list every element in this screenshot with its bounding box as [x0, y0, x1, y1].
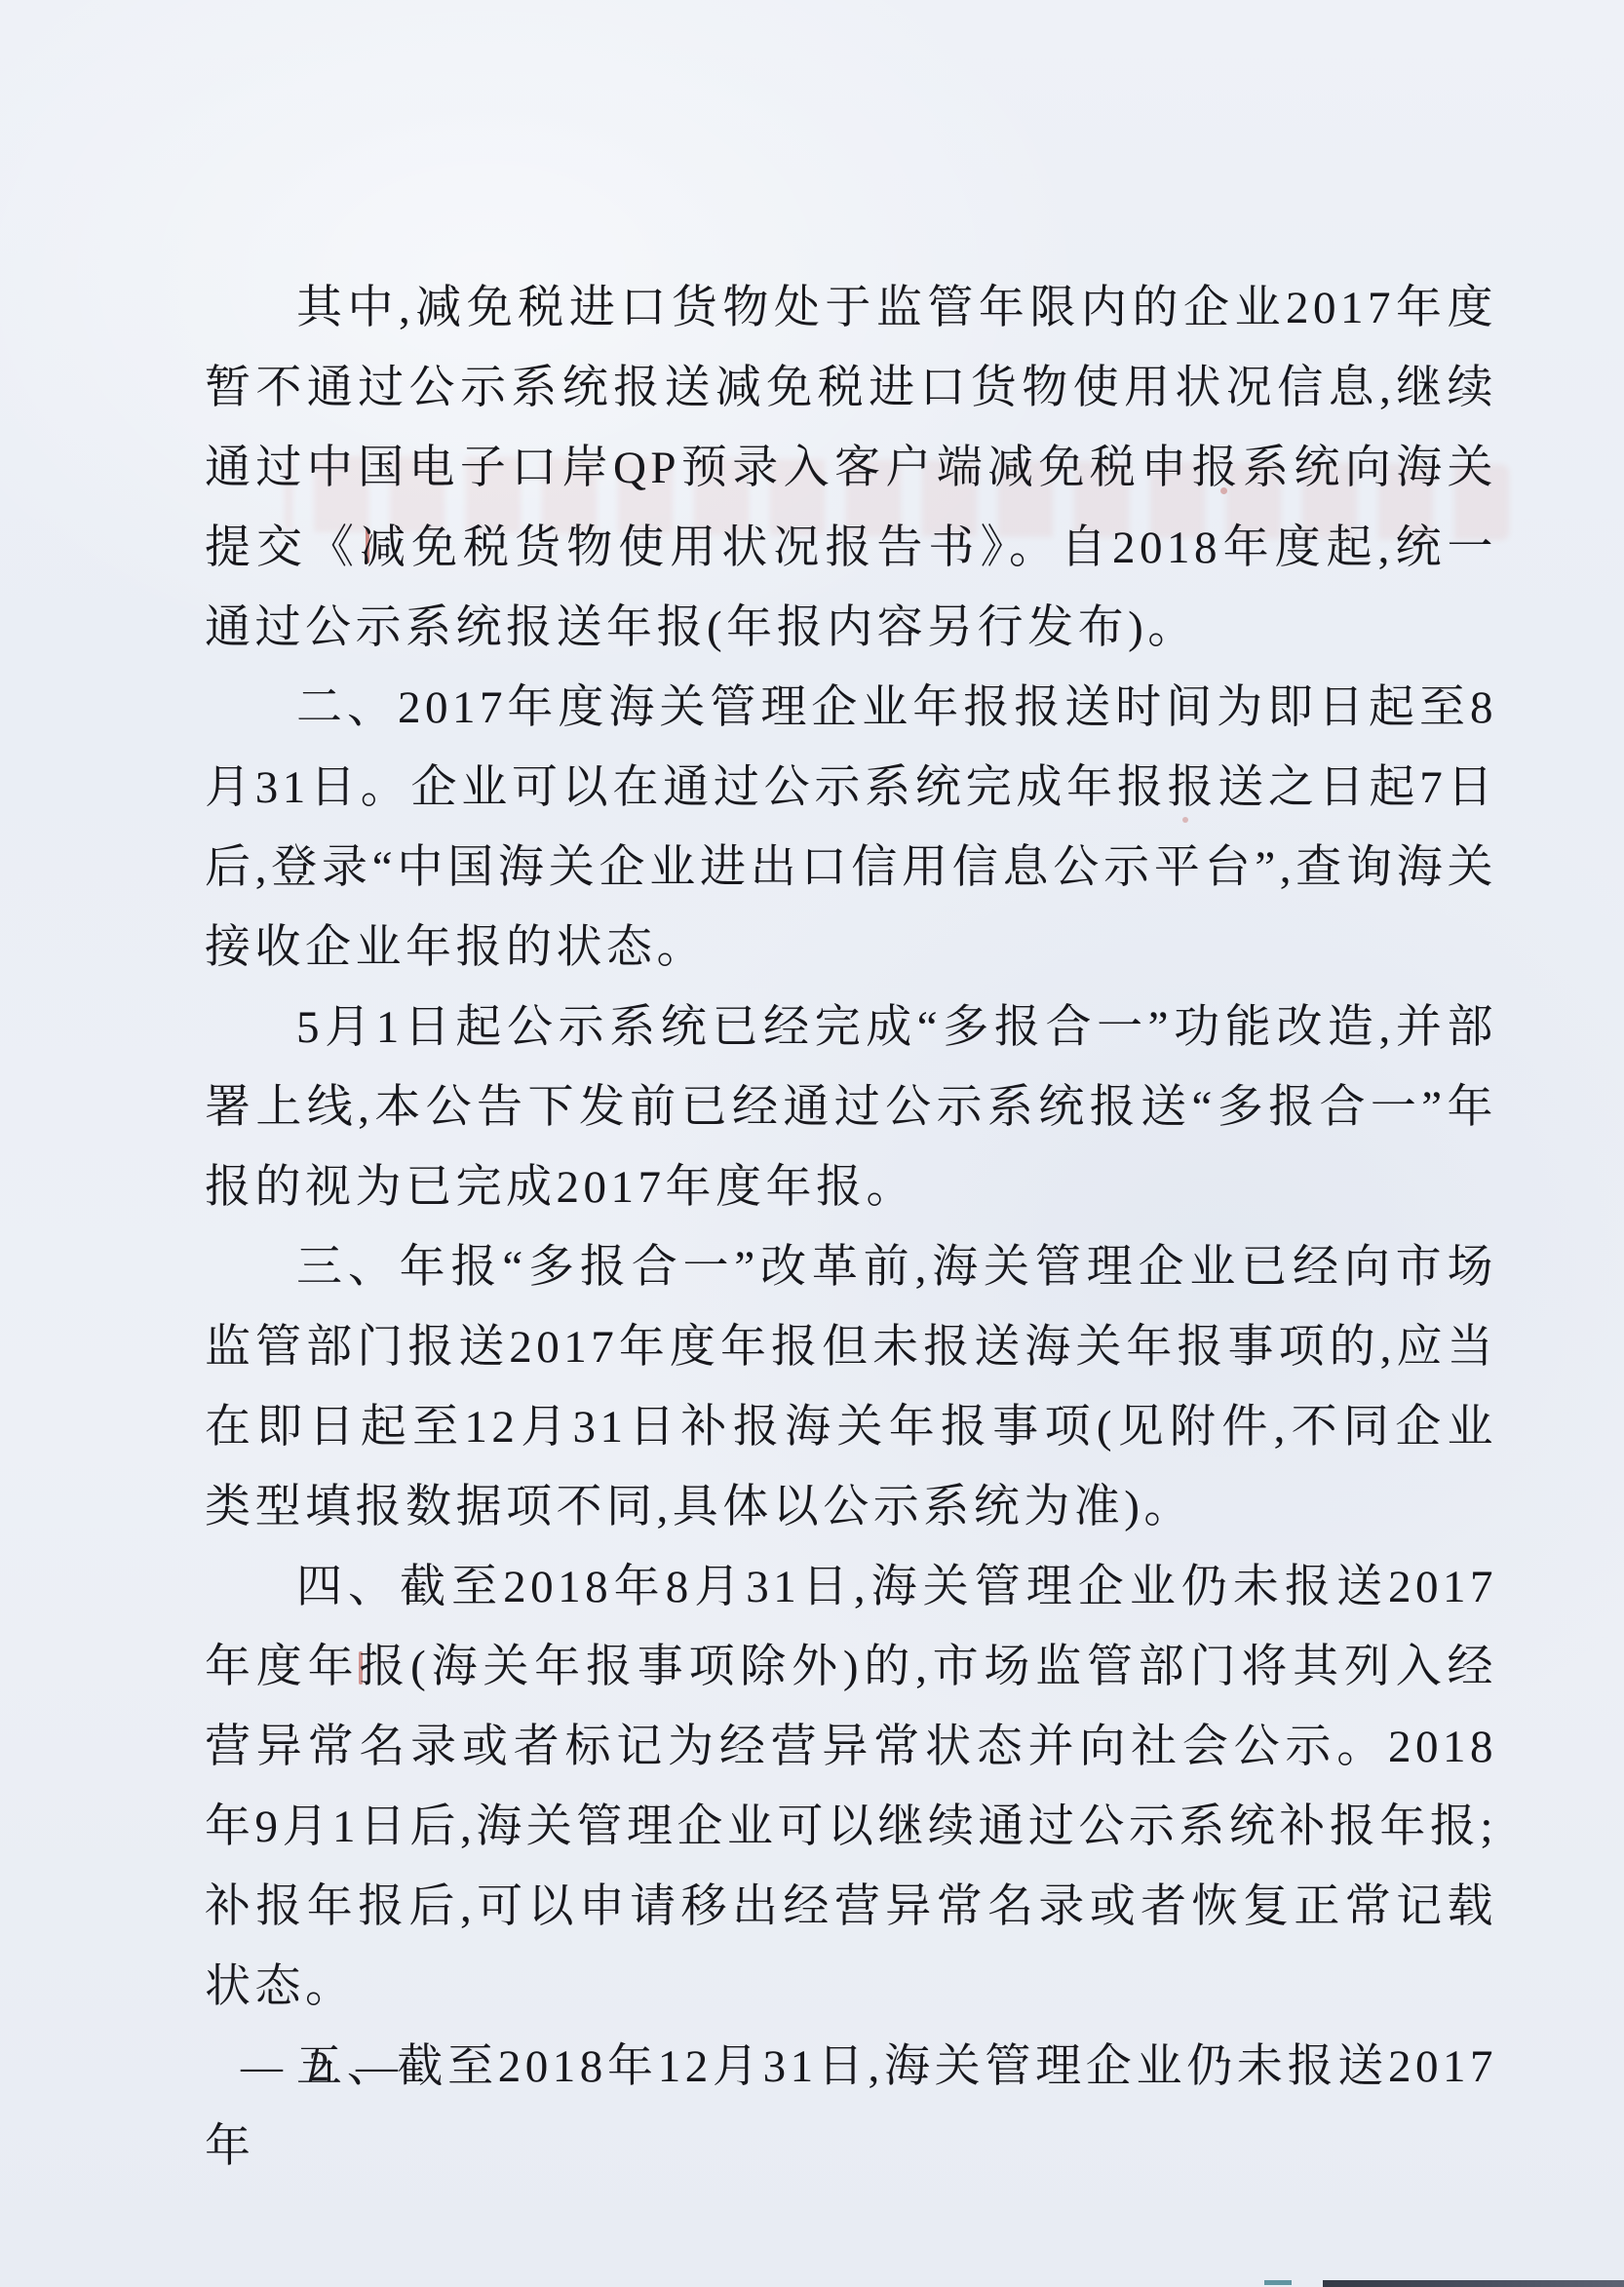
scan-edge-artifact — [1323, 2280, 1624, 2287]
page-number: — 2 — — [241, 2043, 406, 2091]
paragraph-1: 其中,减免税进口货物处于监管年限内的企业2017年度暂不通过公示系统报送减免税进… — [205, 268, 1497, 668]
document-body: 其中,减免税进口货物处于监管年限内的企业2017年度暂不通过公示系统报送减免税进… — [205, 268, 1497, 2187]
paragraph-4: 三、年报“多报合一”改革前,海关管理企业已经向市场监管部门报送2017年度年报但… — [205, 1227, 1497, 1547]
document-page: 其中,减免税进口货物处于监管年限内的企业2017年度暂不通过公示系统报送减免税进… — [0, 0, 1624, 2287]
paragraph-5: 四、截至2018年8月31日,海关管理企业仍未报送2017年度年报(海关年报事项… — [205, 1547, 1497, 2027]
paragraph-3: 5月1日起公示系统已经完成“多报合一”功能改造,并部署上线,本公告下发前已经通过… — [205, 988, 1497, 1227]
scan-edge-mark — [1264, 2280, 1292, 2285]
paragraph-2: 二、2017年度海关管理企业年报报送时间为即日起至8月31日。企业可以在通过公示… — [205, 668, 1497, 988]
